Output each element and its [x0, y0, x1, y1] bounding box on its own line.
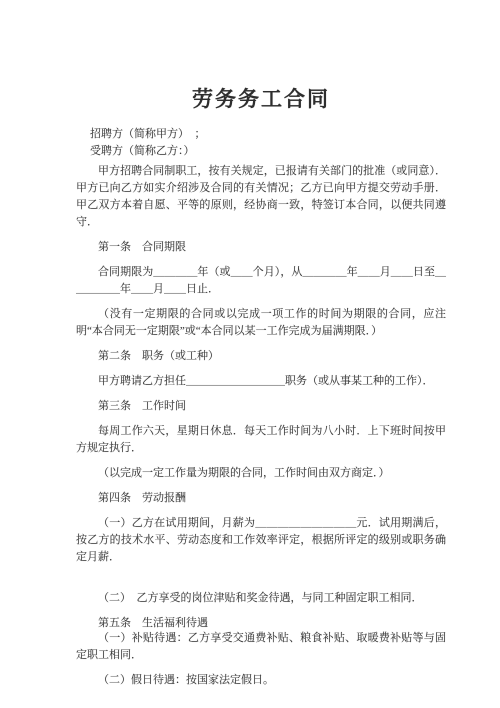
section-paragraph: （以完成一定工作量为期限的合同，工作时间由双方商定．）	[76, 465, 446, 482]
section-paragraph: （一）补贴待遇：乙方享受交通费补贴、粮食补贴、取暖费补贴等与固定职工相同．	[76, 630, 446, 664]
preamble-paragraph: 甲方招聘合同制职工，按有关规定，已报请有关部门的批准（或同意）．甲方已向乙方如实…	[76, 163, 446, 231]
document-title: 劳务务工合同	[76, 84, 446, 114]
section-paragraph: （一）乙方在试用期间，月薪为＿＿＿＿＿＿＿＿＿元．试用期满后，按乙方的技术水平、…	[76, 515, 446, 566]
party-line-jia: 招聘方（简称甲方） ；	[76, 126, 446, 143]
section-paragraph: 甲方聘请乙方担任＿＿＿＿＿＿＿＿＿职务（或从事某工种的工作）．	[76, 373, 446, 390]
section-paragraph: （二）假日待遇：按国家法定假日。	[76, 672, 446, 689]
sections-container: 第一条 合同期限合同期限为＿＿＿＿年（或＿＿个月），从＿＿＿＿年＿＿月＿＿日至＿…	[76, 239, 446, 689]
section-paragraph: 合同期限为＿＿＿＿年（或＿＿个月），从＿＿＿＿年＿＿月＿＿日至＿＿＿＿＿年＿＿月…	[76, 264, 446, 298]
contract-document-page: 劳务务工合同 招聘方（简称甲方） ；受聘方（简称乙方：） 甲方招聘合同制职工，按…	[0, 0, 500, 708]
section-heading: 第一条 合同期限	[76, 239, 446, 256]
section-paragraph: 每周工作六天，星期日休息．每天工作时间为八小时．上下班时间按甲方规定执行．	[76, 423, 446, 457]
section-heading: 第四条 劳动报酬	[76, 490, 446, 507]
party-block: 招聘方（简称甲方） ；受聘方（简称乙方：）	[76, 126, 446, 160]
party-line-yi: 受聘方（简称乙方：）	[76, 143, 446, 160]
section-paragraph: （没有一定期限的合同或以完成一项工作的时间为期限的合同，应注明“本合同无一定期限…	[76, 306, 446, 340]
section-paragraph: （二） 乙方享受的岗位津贴和奖金待遇，与同工种固定职工相同．	[76, 590, 446, 607]
section-heading: 第二条 职务（或工种）	[76, 348, 446, 365]
section-heading: 第三条 工作时间	[76, 398, 446, 415]
